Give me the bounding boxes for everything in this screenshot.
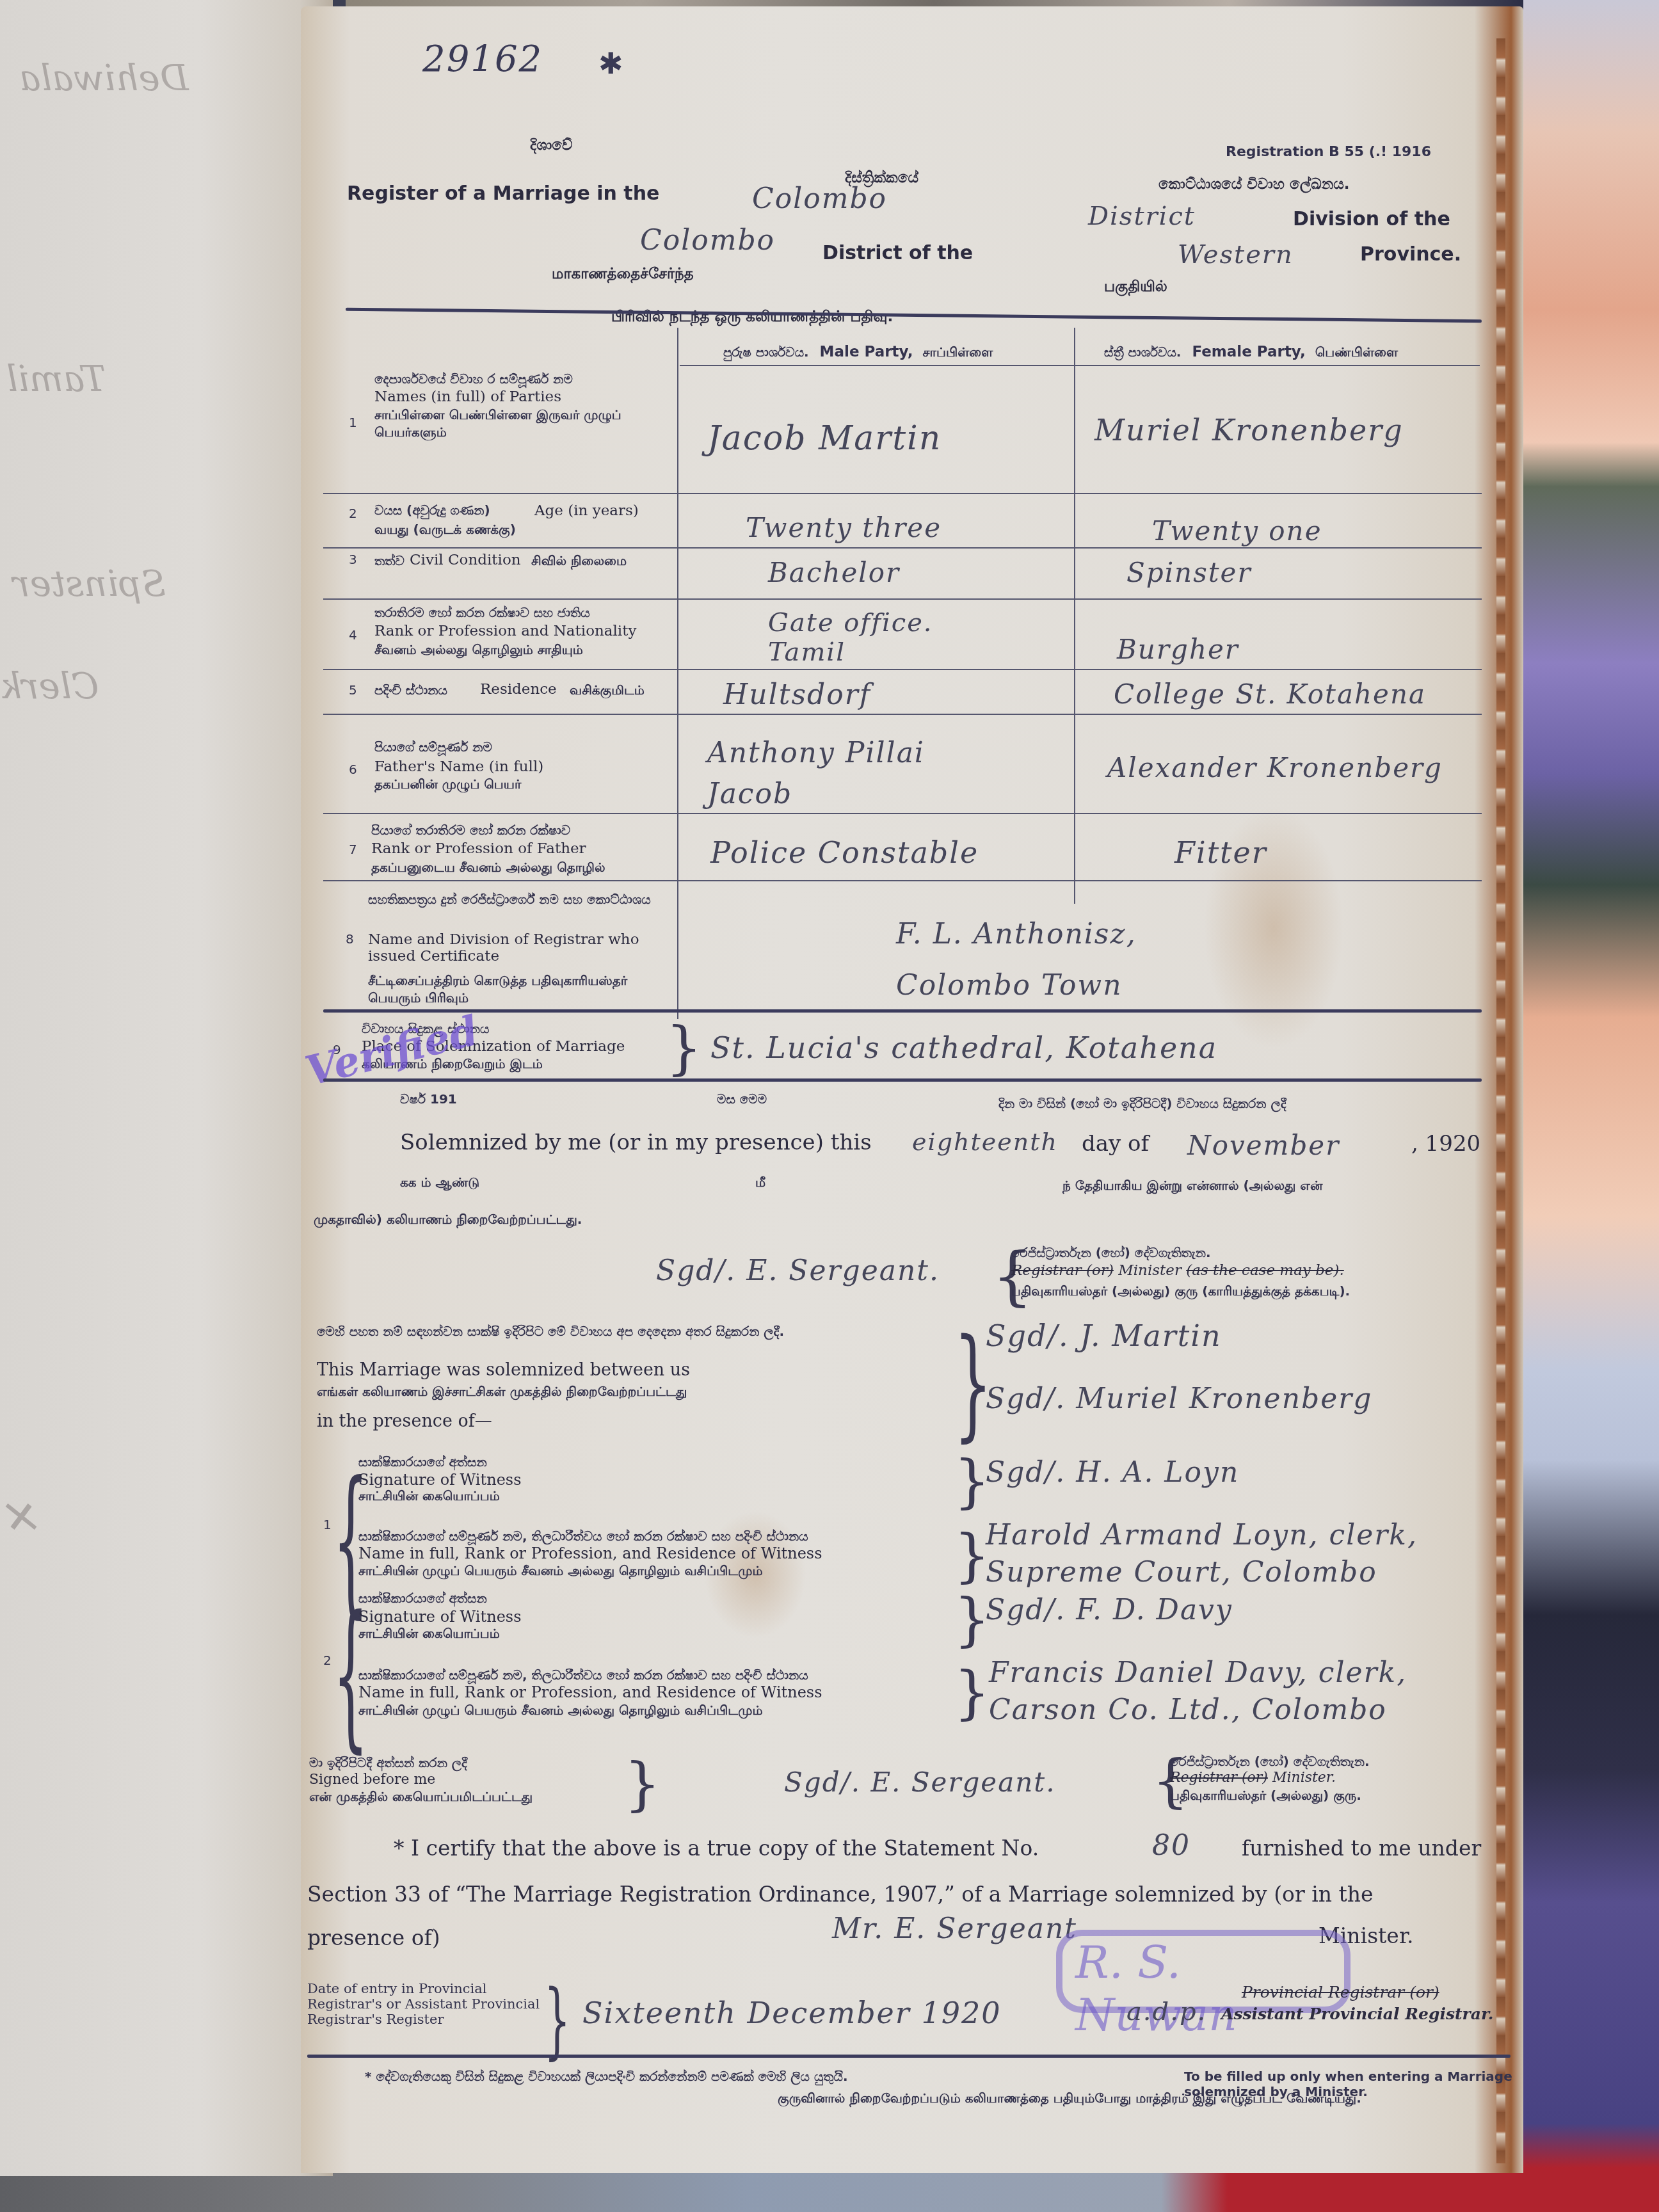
male-header-tamil: சாப்பிள்ளை — [923, 344, 993, 360]
role-minister: Minister. — [1272, 1770, 1336, 1786]
registrar-role-sinhala: රෙජිස්ට්‍රාර්තැන (හෝ) දේවගැතිතැන. — [1170, 1754, 1370, 1769]
row-label-tamil: தகப்பனுடைய சீவனம் அல்லது தொழில் — [371, 860, 605, 877]
groom-age: Twenty three — [746, 512, 942, 543]
female-header-sinhala: ස්ත්‍රී පාර්ශවය. — [1104, 344, 1181, 360]
witness-name-label-sinhala: සාක්ෂිකාරයාගේ සම්පූර්ණ නම, තිලධාරීත්වය හ… — [358, 1667, 808, 1683]
bride-signature: Sgd/. Muriel Kronenberg — [986, 1382, 1372, 1415]
row-label-tamil: தகப்பனின் முழுப் பெயர் — [374, 776, 521, 794]
header-division-handwritten: District — [1088, 202, 1196, 231]
torn-page-edge — [1496, 38, 1505, 2163]
row-number: 2 — [349, 506, 357, 521]
statement-number: 80 — [1152, 1829, 1190, 1862]
bleed-through-text: Clerk — [0, 666, 99, 707]
header-sinhala-top: දිශාවේ — [530, 137, 572, 154]
certification-line3: presence of) — [307, 1925, 440, 1950]
groom-father-name: Anthony Pillai Jacob — [707, 733, 989, 815]
brace: } — [954, 1448, 990, 1515]
bride-residence: College St. Kotahena — [1114, 678, 1426, 710]
footnote-sinhala: * දේවගැතියෙකු විසින් සිදුකළ විවාහයක් ලිය… — [365, 2069, 848, 2084]
registrar-signature: Sgd/. E. Sergeant. — [784, 1767, 1056, 1798]
table-divider — [677, 328, 678, 1019]
certification-line1: * I certify that the above is a true cop… — [394, 1836, 1039, 1861]
witness-signature-label-tamil: சாட்சியின் கையொப்பம் — [358, 1626, 500, 1643]
sinhala-solemnized-line: දින මා විසින් (හෝ මා ඉදිරිපිටදී) විවාහය … — [998, 1096, 1286, 1111]
witness-2-signature: Sgd/. F. D. Davy — [986, 1594, 1233, 1626]
issuing-registrar: F. L. Anthonisz, Colombo Town — [896, 909, 1280, 1011]
tamil-month-label: மீ — [755, 1174, 765, 1192]
witness-2-details: Francis Daniel Davy, clerk, Carson Co. L… — [989, 1655, 1520, 1729]
row-number: 7 — [349, 842, 357, 857]
row-label-sinhala: පියාගේ සම්පූර්ණ නම — [374, 739, 492, 755]
row-number: 1 — [349, 415, 357, 430]
role-minister: Minister — [1118, 1262, 1182, 1279]
groom-profession-nationality: Gate office. Tamil — [768, 608, 1011, 667]
role-registrar-struck: Registrar (or) — [1170, 1770, 1268, 1786]
solemnized-day: eighteenth — [912, 1128, 1058, 1156]
officiant-role-tamil: பதிவுகாரியஸ்தர் (அல்லது) குரு (காரியத்து… — [1011, 1283, 1350, 1301]
female-header-label: Female Party, — [1192, 344, 1305, 360]
bride-civil-condition: Spinster — [1126, 557, 1252, 588]
brace: } — [624, 1751, 661, 1818]
entry-initials: a.d.p. — [1126, 1997, 1206, 2026]
row-label-english: Rank or Profession of Father — [371, 840, 586, 857]
header-tamil-line1: மாகாணத்தைச்சேர்ந்த — [552, 266, 694, 284]
header-sinhala-district: දිස්ත්‍රික්කයේ — [845, 170, 918, 186]
tamil-solemnized-line: ந் தேதியாகிய இன்று என்னால் (அல்லது என் — [1062, 1178, 1322, 1195]
registrar-role: Registrar (or) Minister. — [1170, 1770, 1336, 1786]
header-title: Register of a Marriage in the — [347, 182, 659, 205]
between-tamil: எங்கள் கலியாணம் இச்சாட்சிகள் முகத்தில் ந… — [317, 1384, 687, 1401]
tamil-solemnized-line2: முகதாவில்) கலியாணம் நிறைவேற்றப்பட்டது. — [314, 1212, 582, 1229]
row-rule — [323, 547, 1482, 549]
brace: } — [666, 1014, 702, 1082]
role-assistant-provincial-registrar: Assistant Provincial Registrar. — [1221, 2005, 1494, 2023]
form-code: Registration B 55 (.! 1916 — [1226, 144, 1431, 160]
female-header-tamil: பெண்பிள்ளை — [1315, 344, 1398, 360]
registrar-role-tamil: பதிவுகாரியஸ்தர் (அல்லது) குரு. — [1170, 1788, 1361, 1805]
header-division-label: Division of the — [1293, 208, 1450, 230]
witness-number: 2 — [323, 1653, 332, 1668]
row-label-english: Rank or Profession and Nationality — [374, 623, 636, 639]
groom-residence: Hultsdorf — [723, 678, 871, 711]
witness-name-label: Name in full, Rank or Profession, and Re… — [358, 1544, 822, 1562]
witness-signature-label-tamil: சாட்சியின் கையொப்பம் — [358, 1488, 500, 1505]
row-label-sinhala: තරාතිරම හෝ කරන රක්ෂාව සහ ජාතිය — [374, 605, 590, 620]
row-label-sinhala: දෙපාර්ශවයේ විවාහ ර සම්පූර්ණ නම — [374, 371, 669, 387]
solemnized-statement: Solemnized by me (or in my presence) thi… — [400, 1130, 872, 1155]
row-rule — [323, 598, 1482, 600]
row-label-tamil: சிவில் நிலைமை — [531, 553, 627, 570]
place-of-solemnization: St. Lucia's cathedral, Kotahena — [710, 1030, 1217, 1065]
row-label-english: Name and Division of Registrar who issue… — [368, 931, 669, 965]
header-tamil-right: பகுதியில் — [1104, 278, 1167, 297]
entry-date-label: Date of entry in Provincial Registrar's … — [307, 1981, 550, 2027]
background-photo-flowers — [1523, 0, 1659, 2212]
header-district2-handwritten: Colombo — [640, 224, 775, 257]
row-label-english: Age (in years) — [534, 502, 639, 519]
witness-signature-label: Signature of Witness — [358, 1471, 521, 1489]
table-rule — [680, 365, 1480, 366]
header-province-handwritten: Western — [1178, 240, 1294, 269]
row-number: 6 — [349, 762, 357, 777]
brace: } — [954, 1522, 990, 1589]
header-district-label: District of the — [822, 242, 973, 264]
certification-line1-end: furnished to me under — [1242, 1836, 1481, 1861]
role-registrar-struck: Registrar (or) — [1011, 1262, 1114, 1279]
between-english: This Marriage was solemnized between us — [317, 1360, 690, 1380]
solemnized-year: , 1920 — [1411, 1131, 1480, 1157]
witness-signature-label-sinhala: සාක්ෂිකාරයාගේ අත්සන — [358, 1591, 487, 1606]
row-label-tamil: வயது (வருடக் கணக்கு) — [374, 522, 516, 539]
row-rule — [323, 714, 1482, 715]
witness-signature-label: Signature of Witness — [358, 1608, 521, 1626]
serial-mark-icon: ✱ — [598, 46, 623, 81]
header-province-label: Province. — [1360, 243, 1461, 266]
footnote-tamil: குருவினால் நிறைவேற்றப்படும் கலியாணத்தை ப… — [778, 2090, 1361, 2108]
certification-line2: Section 33 of “The Marriage Registration… — [307, 1882, 1374, 1907]
bleed-through-text: Dehiwala — [19, 58, 189, 99]
sinhala-month-label: මස මෙම — [717, 1091, 767, 1107]
day-of-label: day of — [1082, 1131, 1149, 1157]
row-number: 5 — [349, 682, 357, 698]
row-label-sinhala: තත්ව — [374, 553, 405, 568]
row-label-sinhala: පියාගේ තරාතිරම හෝ කරන රක්ෂාව — [371, 822, 570, 838]
row-number: 3 — [349, 552, 357, 567]
row-number: 8 — [346, 931, 354, 947]
role-provincial-registrar-struck: Provincial Registrar (or) — [1242, 1983, 1439, 2001]
row-rule — [323, 493, 1482, 494]
witness-name-label-tamil: சாட்சியின் முழுப் பெயரும் சீவனம் அல்லது … — [358, 1563, 763, 1580]
row-label-tamil: வசிக்குமிடம் — [570, 682, 645, 700]
role-case-struck: (as the case may be). — [1186, 1262, 1344, 1279]
row-label-tamil: சீவனம் அல்லது தொழிலும் சாதியும் — [374, 642, 583, 659]
sinhala-year-label: වර්ෂ 191 — [400, 1091, 457, 1107]
x-mark: ✕ — [6, 1491, 44, 1544]
officiant-role-sinhala: රෙජිස්ට්‍රාර්තැන (හෝ) දේවගැතිතැන. — [1011, 1245, 1211, 1260]
male-column-header: පුරුෂ පාර්ශවය. Male Party, சாப்பிள்ளை — [723, 344, 993, 362]
bride-age: Twenty one — [1152, 515, 1322, 547]
row-label-english: Names (in full) of Parties — [374, 389, 561, 405]
signed-before-label: Signed before me — [309, 1772, 435, 1788]
row-rule — [323, 880, 1482, 881]
row-rule — [323, 669, 1482, 670]
officiant-role: Registrar (or) Minister (as the case may… — [1011, 1262, 1344, 1279]
brace: } — [954, 1659, 990, 1726]
row-label-sinhala: පදිංචි ස්ථානය — [374, 682, 447, 698]
bride-profession-nationality: Burgher — [1117, 634, 1239, 665]
serial-number: 29162 — [422, 38, 543, 80]
witness-name-label-sinhala: සාක්ෂිකාරයාගේ සම්පූර්ණ නම, තිලධාරීත්වය හ… — [358, 1528, 808, 1544]
female-column-header: ස්ත්‍රී පාර්ශවය. Female Party, பெண்பிள்ள… — [1104, 344, 1398, 362]
male-header-label: Male Party, — [820, 344, 913, 360]
witness-name-label-tamil: சாட்சியின் முழுப் பெயரும் சீவனம் அல்லது … — [358, 1703, 763, 1720]
officiant-signature: Sgd/. E. Sergeant. — [656, 1254, 940, 1287]
bleed-through-text: Spinster — [13, 563, 166, 605]
row-number: 4 — [349, 627, 357, 643]
signed-before-sinhala: මා ඉදිරිපිටදී අත්සන් කරන ලදී — [309, 1755, 467, 1770]
header-sinhala-right: කොට්ඨාශයේ විවාහ ලේඛනය. — [1158, 176, 1350, 193]
between-sinhala: මෙහි පහත නම් සඳහන්වන සාක්ෂි ඉදිරිපිට මේ … — [317, 1324, 931, 1339]
groom-name: Jacob Martin — [707, 419, 942, 458]
groom-signature: Sgd/. J. Martin — [986, 1318, 1222, 1353]
witness-signature-label-sinhala: සාක්ෂිකාරයාගේ අත්සන — [358, 1454, 487, 1470]
bride-name: Muriel Kronenberg — [1094, 413, 1404, 447]
row-label-tamil: சாப்பிள்ளை பெண்பிள்ளை இருவர் முழுப் பெயர… — [374, 407, 669, 442]
bride-father-name: Alexander Kronenberg — [1107, 752, 1443, 783]
witness-number: 1 — [323, 1517, 332, 1532]
entry-date: Sixteenth December 1920 — [582, 1996, 1002, 2030]
row-label-sinhala: සහතිකපත්‍රය දුන් රෙජිස්ට්‍රාර්ගේ නම සහ ක… — [368, 892, 662, 907]
signed-before-tamil: என் முகத்தில் கையொப்பமிடப்பட்டது — [309, 1789, 533, 1806]
row-label-sinhala: වයස (අවුරුදු ගණන) — [374, 502, 490, 518]
row-label-tamil: சீட்டிசைப்பத்திரம் கொடுத்த பதிவுகாரியஸ்த… — [368, 973, 662, 1007]
table-divider — [1074, 328, 1075, 904]
bleed-through-text: Tamil — [6, 358, 106, 400]
struck-text: Provincial Registrar (or) — [1242, 1983, 1439, 2001]
tamil-year-label: கக ம் ஆண்டு — [400, 1174, 479, 1192]
minister-name: Mr. E. Sergeant — [832, 1912, 1077, 1945]
section-rule — [323, 1078, 1482, 1082]
male-header-sinhala: පුරුෂ පාර්ශවය. — [723, 344, 809, 360]
left-facing-page: Dehiwala Tamil Spinster Clerk ✕ — [0, 0, 333, 2176]
witness-1-signature: Sgd/. H. A. Loyn — [986, 1456, 1239, 1489]
groom-father-profession: Police Constable — [710, 835, 979, 870]
witness-1-details: Harold Armand Loyn, clerk, Supreme Court… — [986, 1517, 1517, 1591]
row-label-english: Civil Condition — [410, 552, 521, 568]
in-presence-label: in the presence of— — [317, 1411, 492, 1431]
groom-civil-condition: Bachelor — [768, 557, 900, 588]
footer-rule — [307, 2055, 1511, 2058]
row-label-english: Residence — [480, 681, 557, 698]
header-district-handwritten: Colombo — [752, 182, 887, 215]
solemnized-month: November — [1187, 1130, 1340, 1161]
bride-father-profession: Fitter — [1174, 835, 1267, 870]
row-label-english: Father's Name (in full) — [374, 758, 543, 775]
witness-name-label: Name in full, Rank or Profession, and Re… — [358, 1683, 822, 1701]
brace: } — [954, 1586, 990, 1653]
